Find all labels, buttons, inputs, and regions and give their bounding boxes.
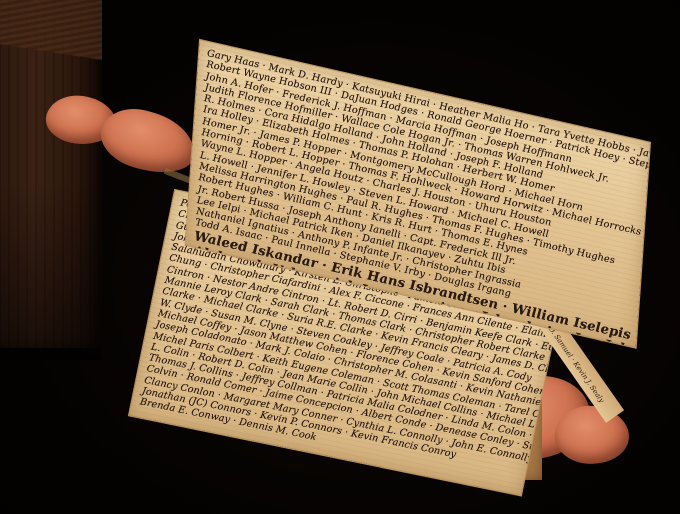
photo-scene: Pedro Francisco Checo · Douglas MacMilla… <box>0 0 680 514</box>
wooden-block-shadow <box>0 180 102 360</box>
